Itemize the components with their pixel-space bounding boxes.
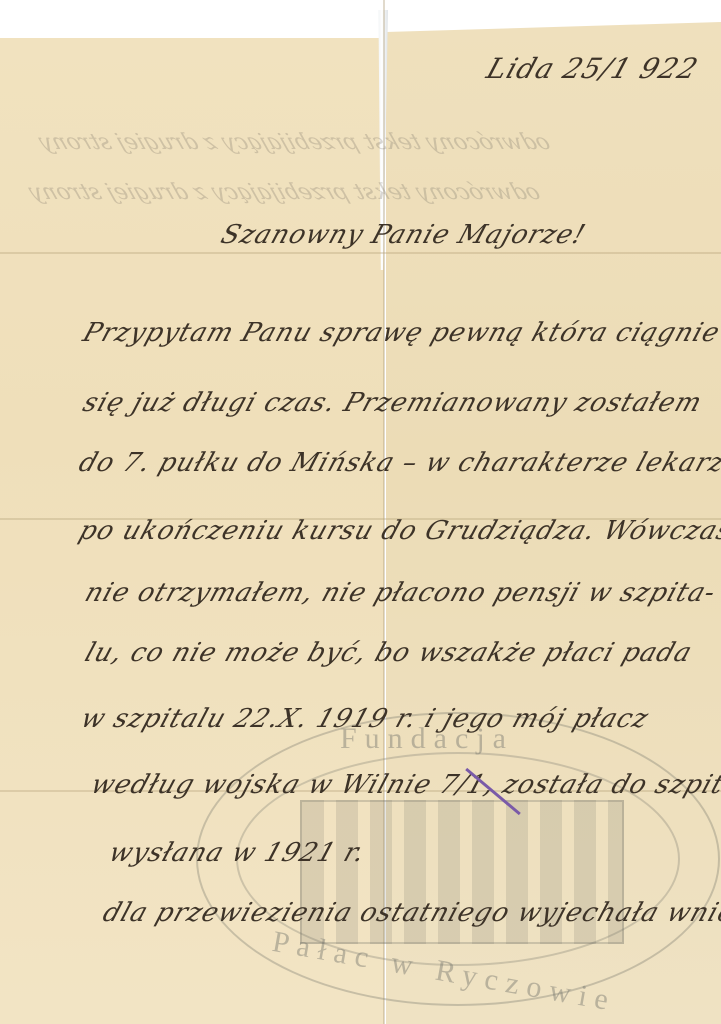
letter-line: po ukończeniu kursu do Grudziądza. Wówcz… bbox=[75, 516, 721, 546]
letter-line: się już długi czas. Przemianowany został… bbox=[79, 388, 706, 418]
letter-line: lu, co nie może być, bo wszakże płaci pa… bbox=[81, 638, 696, 668]
letter-line: wysłana w 1921 r. bbox=[105, 838, 369, 868]
letter-line: w szpitalu 22.X. 1919 r. i jego mój płac… bbox=[77, 704, 653, 734]
letter-line: dla przewiezienia ostatniego wyjechała w… bbox=[99, 898, 721, 928]
bleed-through-text: odwrócony tekst przebijający z drugiej s… bbox=[35, 130, 553, 155]
letter-line: Przypytam Panu sprawę pewną która ciągni… bbox=[79, 318, 721, 348]
letter-line: nie otrzymałem, nie płacono pensji w szp… bbox=[81, 578, 720, 608]
letter-line: według wojska w Wilnie 7/1, została do s… bbox=[87, 770, 721, 800]
letter-sheet: odwrócony tekst przebijający z drugiej s… bbox=[0, 0, 721, 1024]
bleed-through-text: odwrócony tekst przebijający z drugiej s… bbox=[25, 180, 543, 205]
letter-line: do 7. pułku do Mińska – w charakterze le… bbox=[75, 448, 721, 478]
salutation: Szanowny Panie Majorze! bbox=[217, 220, 589, 250]
place-date: Lida 25/1 922 bbox=[483, 52, 703, 85]
horizontal-fold bbox=[0, 252, 721, 254]
